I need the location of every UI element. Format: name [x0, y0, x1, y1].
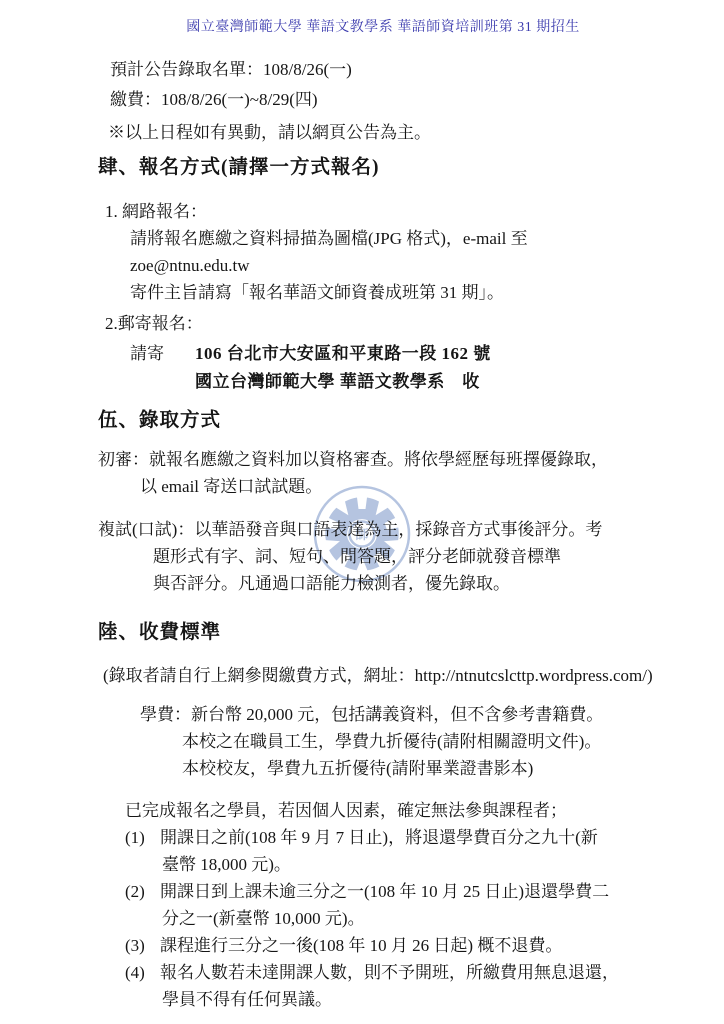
payment-info-note: (錄取者請自行上網參閱繳費方式，網址：http://ntnutcslcttp.w… [103, 662, 668, 689]
schedule-block: 預計公告錄取名單：108/8/26(一) 繳費：108/8/26(一)~8/29… [98, 55, 668, 115]
schedule-announce-line: 預計公告錄取名單：108/8/26(一) [110, 55, 668, 85]
tuition-line-1: 學費：新台幣 20,000 元，包括講義資料，但不含參考書籍費。 [140, 701, 668, 728]
refund-item: (3) 課程進行三分之一後(108 年 10 月 26 日起) 概不退費。 [98, 932, 668, 959]
online-registration-title: 1. 網路報名： [105, 198, 668, 225]
online-registration-instruction: 請將報名應繳之資料掃描為圖檔(JPG 格式)，e-mail 至 [130, 225, 668, 252]
refund-item: (1) 開課日之前(108 年 9 月 7 日止)，將退還學費百分之九十(新 臺… [98, 824, 668, 878]
oral-test-line-1: 複試(口試)：以華語發音與口語表達為主，採錄音方式事後評分。考 [98, 516, 668, 543]
schedule-change-note: ※以上日程如有異動，請以網頁公告為主。 [108, 118, 668, 148]
section-6-heading: 陸、收費標準 [98, 620, 668, 646]
section-5-heading: 伍、錄取方式 [98, 408, 668, 434]
email-address: zoe@ntnu.edu.tw [130, 252, 668, 279]
tuition-line-2: 本校之在職員工生，學費九折優待(請附相關證明文件)。 [182, 728, 668, 755]
mailing-address: 106 台北市大安區和平東路一段 162 號 國立台灣師範大學 華語文教學系 收 [195, 340, 491, 395]
refund-item-text: 分之一(新臺幣 10,000 元)。 [162, 905, 668, 932]
mailing-address-line-2: 國立台灣師範大學 華語文教學系 收 [195, 368, 491, 396]
tuition-line-3: 本校校友，學費九五折優待(請附畢業證書影本) [182, 755, 668, 782]
doc-header-title: 國立臺灣師範大學 華語文教學系 華語師資培訓班第 31 期招生 [98, 18, 668, 37]
refund-item-number: (1) [125, 824, 160, 851]
mailing-address-block: 請寄 106 台北市大安區和平東路一段 162 號 國立台灣師範大學 華語文教學… [130, 340, 668, 395]
refund-item: (4) 報名人數若未達開課人數，則不予開班，所繳費用無息退還， 學員不得有任何異… [98, 959, 668, 1013]
refund-item-number: (3) [125, 932, 160, 959]
mail-registration-title: 2.郵寄報名： [105, 310, 668, 337]
refund-item-text: 學員不得有任何異議。 [162, 986, 668, 1013]
refund-item-text: 課程進行三分之一後(108 年 10 月 26 日起) 概不退費。 [160, 932, 668, 959]
initial-review-line-2: 以 email 寄送口試試題。 [140, 473, 668, 500]
refund-intro: 已完成報名之學員，若因個人因素，確定無法參與課程者； [125, 797, 668, 824]
refund-item-text: 開課日之前(108 年 9 月 7 日止)，將退還學費百分之九十(新 [160, 824, 668, 851]
refund-item-text: 報名人數若未達開課人數，則不予開班，所繳費用無息退還， [160, 959, 668, 986]
oral-test-line-3: 與否評分。凡通過口語能力檢測者，優先錄取。 [153, 570, 668, 597]
section-4-heading: 肆、報名方式(請擇一方式報名) [98, 155, 668, 181]
mail-subject-instruction: 寄件主旨請寫「報名華語文師資養成班第 31 期」。 [130, 279, 668, 306]
oral-test-line-2: 題形式有字、詞、短句、問答題，評分老師就發音標準 [153, 543, 668, 570]
refund-item-number: (2) [125, 878, 160, 905]
refund-item-text: 臺幣 18,000 元)。 [162, 851, 668, 878]
document-page: 師 國立臺灣師範大學 華語文教學系 華語師資培訓班第 31 期招生 預計公告錄取… [0, 0, 724, 1024]
refund-item: (2) 開課日到上課未逾三分之一(108 年 10 月 25 日止)退還學費二 … [98, 878, 668, 932]
schedule-payment-line: 繳費：108/8/26(一)~8/29(四) [110, 85, 668, 115]
document-content: 國立臺灣師範大學 華語文教學系 華語師資培訓班第 31 期招生 預計公告錄取名單… [0, 0, 724, 1013]
refund-item-number: (4) [125, 959, 160, 986]
mailing-address-line-1: 106 台北市大安區和平東路一段 162 號 [195, 340, 491, 368]
initial-review-line-1: 初審：就報名應繳之資料加以資格審查。將依學經歷每班擇優錄取， [98, 446, 668, 473]
mail-to-label: 請寄 [130, 340, 195, 395]
refund-item-text: 開課日到上課未逾三分之一(108 年 10 月 25 日止)退還學費二 [160, 878, 668, 905]
